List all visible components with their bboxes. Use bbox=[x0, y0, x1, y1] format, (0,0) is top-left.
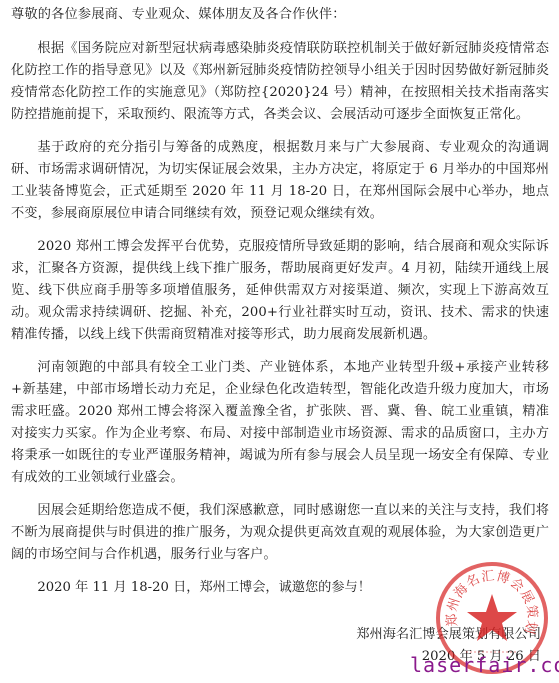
salutation: 尊敬的各位参展商、专业观众、媒体朋友及各合作伙伴： bbox=[11, 4, 549, 26]
paragraph-apology: 因展会延期给您造成不便，我们深感歉意，同时感谢您一直以来的关注与支持，我们将不断… bbox=[11, 500, 549, 566]
paragraph-platform-services: 2020 郑州工博会发挥平台优势，克服疫情所导致延期的影响，结合展商和观众实际诉… bbox=[11, 236, 549, 346]
announcement-letter: 尊敬的各位参展商、专业观众、媒体朋友及各合作伙伴： 根据《国务院应对新型冠状病毒… bbox=[11, 4, 549, 599]
paragraph-epidemic-policy: 根据《国务院应对新型冠状病毒感染肺炎疫情联防联控机制关于做好新冠肺炎疫情常态化防… bbox=[11, 38, 549, 126]
paragraph-postponement: 基于政府的充分指引与筹备的成熟度，根据数月来与广大参展商、专业观众的沟通调研、市… bbox=[11, 137, 549, 225]
watermark-text: laserfair.com bbox=[410, 653, 559, 677]
paragraph-market-outlook: 河南领跑的中部具有较全工业门类、产业链体系，本地产业转型升级+承接产业转移+新基… bbox=[11, 357, 549, 489]
